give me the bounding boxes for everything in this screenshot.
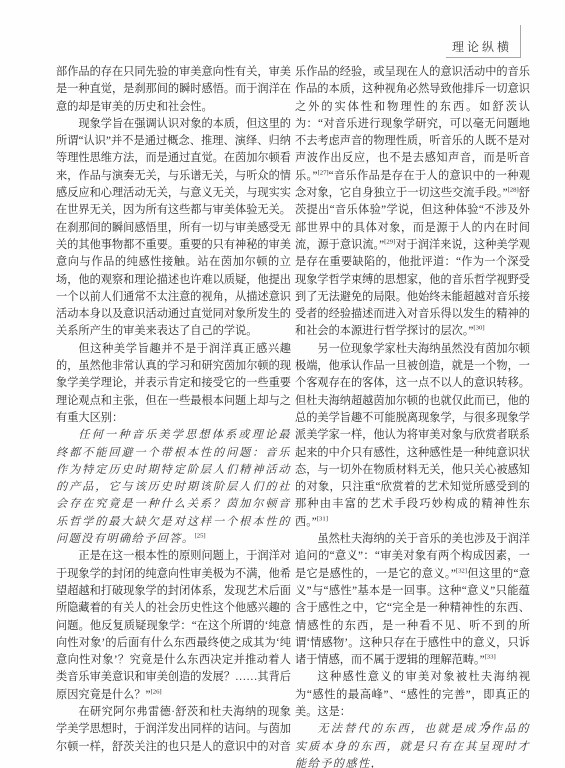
block-quote: 无法替代的东西，也就是成为作品的实质本身的东西，就是只有在其呈现时才能给予的感性… <box>295 721 530 768</box>
paragraph: 现象学旨在强调认识对象的本质，但这里的所谓“认识”并不是通过概念、推理、演绎、归… <box>56 116 291 341</box>
paragraph: 乐作品的经验，或呈现在人的意识活动中的音乐作品的本质，这种视角必然导致他排斥一切… <box>295 64 530 341</box>
paragraph: 在研究阿尔弗雷德·舒茨和杜夫海纳的现象学美学思想时，于润洋发出同样的诘问。与茵加… <box>56 704 291 756</box>
document-page: 理论纵横 部作品的存在只同先验的审美意向性有关，审美是一种直觉，是刹那间的瞬时感… <box>0 0 565 768</box>
paragraph: 但这种美学旨趣并不是于润洋真正感兴趣的，虽然他非常认真的学习和研究茵加尔顿的现象… <box>56 341 291 427</box>
column-left: 部作品的存在只同先验的审美意向性有关，审美是一种直觉，是刹那间的瞬时感悟。而于润… <box>56 64 291 756</box>
column-right: 乐作品的经验，或呈现在人的意识活动中的音乐作品的本质，这种视角必然导致他排斥一切… <box>295 64 530 768</box>
header-vertical-rule <box>520 25 521 58</box>
header-section-label: 理论纵横 <box>452 38 514 55</box>
paragraph: 正是在这一根本性的原则问题上，于润洋对于现象学的封闭的纯意向性审美极为不满，他希… <box>56 548 291 704</box>
paragraph: 部作品的存在只同先验的审美意向性有关，审美是一种直觉，是刹那间的瞬时感悟。而于润… <box>56 64 291 116</box>
page-number: 5 <box>485 720 491 732</box>
header-horizontal-rule <box>446 57 521 58</box>
block-quote: 任何一种音乐美学思想体系或理论最终都不能回避一个带根本性的问题：音乐作为特定历史… <box>56 427 291 548</box>
paragraph: 虽然杜夫海纳的关于音乐的美也涉及于润洋追问的“意义”：“审美对象有两个构成因素，… <box>295 531 530 669</box>
paragraph: 另一位现象学家杜夫海纳虽然没有茵加尔顿极端，他承认作品一旦被创造，就是一个物，一… <box>295 341 530 531</box>
paragraph: 这种感性意义的审美对象被杜夫海纳视为“感性的最高峰”、“感性的完善”，即真正的美… <box>295 669 530 721</box>
